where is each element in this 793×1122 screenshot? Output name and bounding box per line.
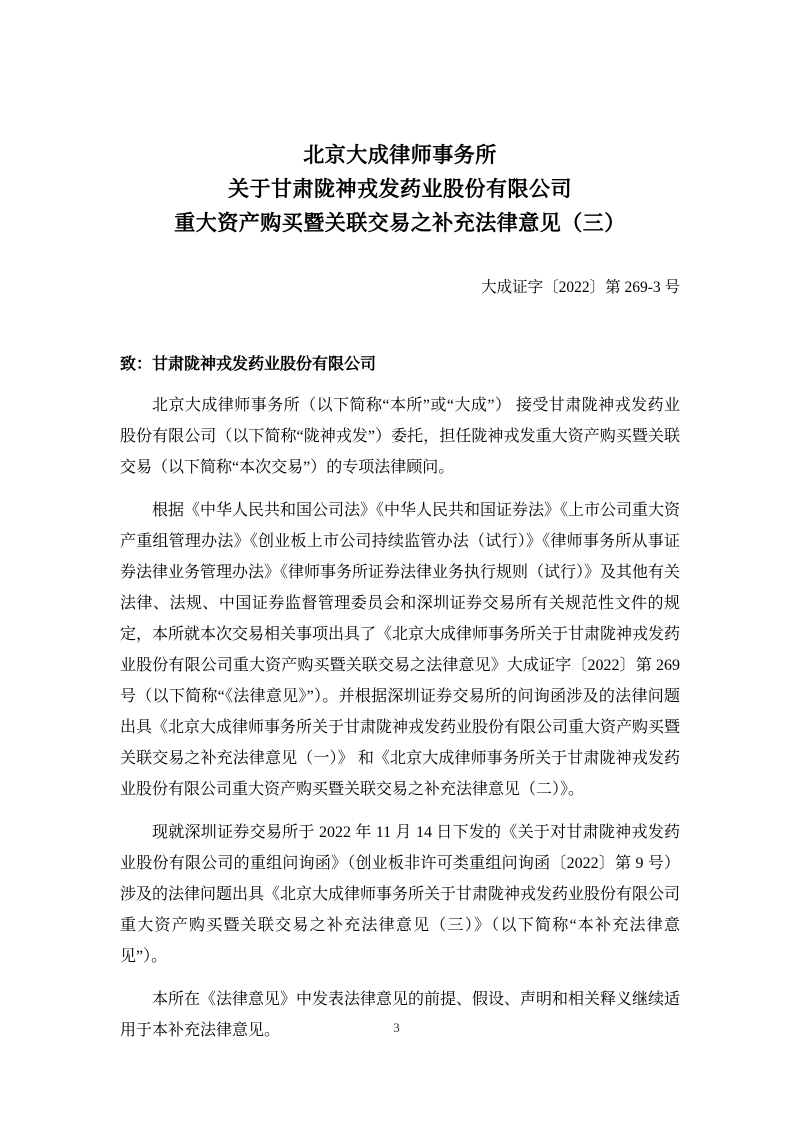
paragraph-continuing-applicability: 本所在《法律意见》中发表法律意见的前提、假设、声明和相关释义继续适用于本补充法律… [120,984,680,1046]
document-title: 北京大成律师事务所 关于甘肃陇神戎发药业股份有限公司 重大资产购买暨关联交易之补… [120,138,680,240]
salutation-line: 致：甘肃陇神戎发药业股份有限公司 [120,354,680,376]
paragraph-engagement: 北京大成律师事务所（以下简称“本所”或“大成”） 接受甘肃陇神戎发药业股份有限公… [120,390,680,483]
document-reference-number: 大成证字〔2022〕第 269-3 号 [120,278,680,298]
page-number: 3 [0,1020,793,1036]
title-line-3: 重大资产购买暨关联交易之补充法律意见（三） [120,206,680,240]
document-page: 北京大成律师事务所 关于甘肃陇神戎发药业股份有限公司 重大资产购买暨关联交易之补… [0,0,793,1122]
title-line-2: 关于甘肃陇神戎发药业股份有限公司 [120,172,680,206]
paragraph-inquiry-letter: 现就深圳证券交易所于 2022 年 11 月 14 日下发的《关于对甘肃陇神戎发… [120,817,680,972]
title-line-1: 北京大成律师事务所 [120,138,680,172]
paragraph-legal-basis: 根据《中华人民共和国公司法》《中华人民共和国证券法》《上市公司重大资产重组管理办… [120,495,680,805]
